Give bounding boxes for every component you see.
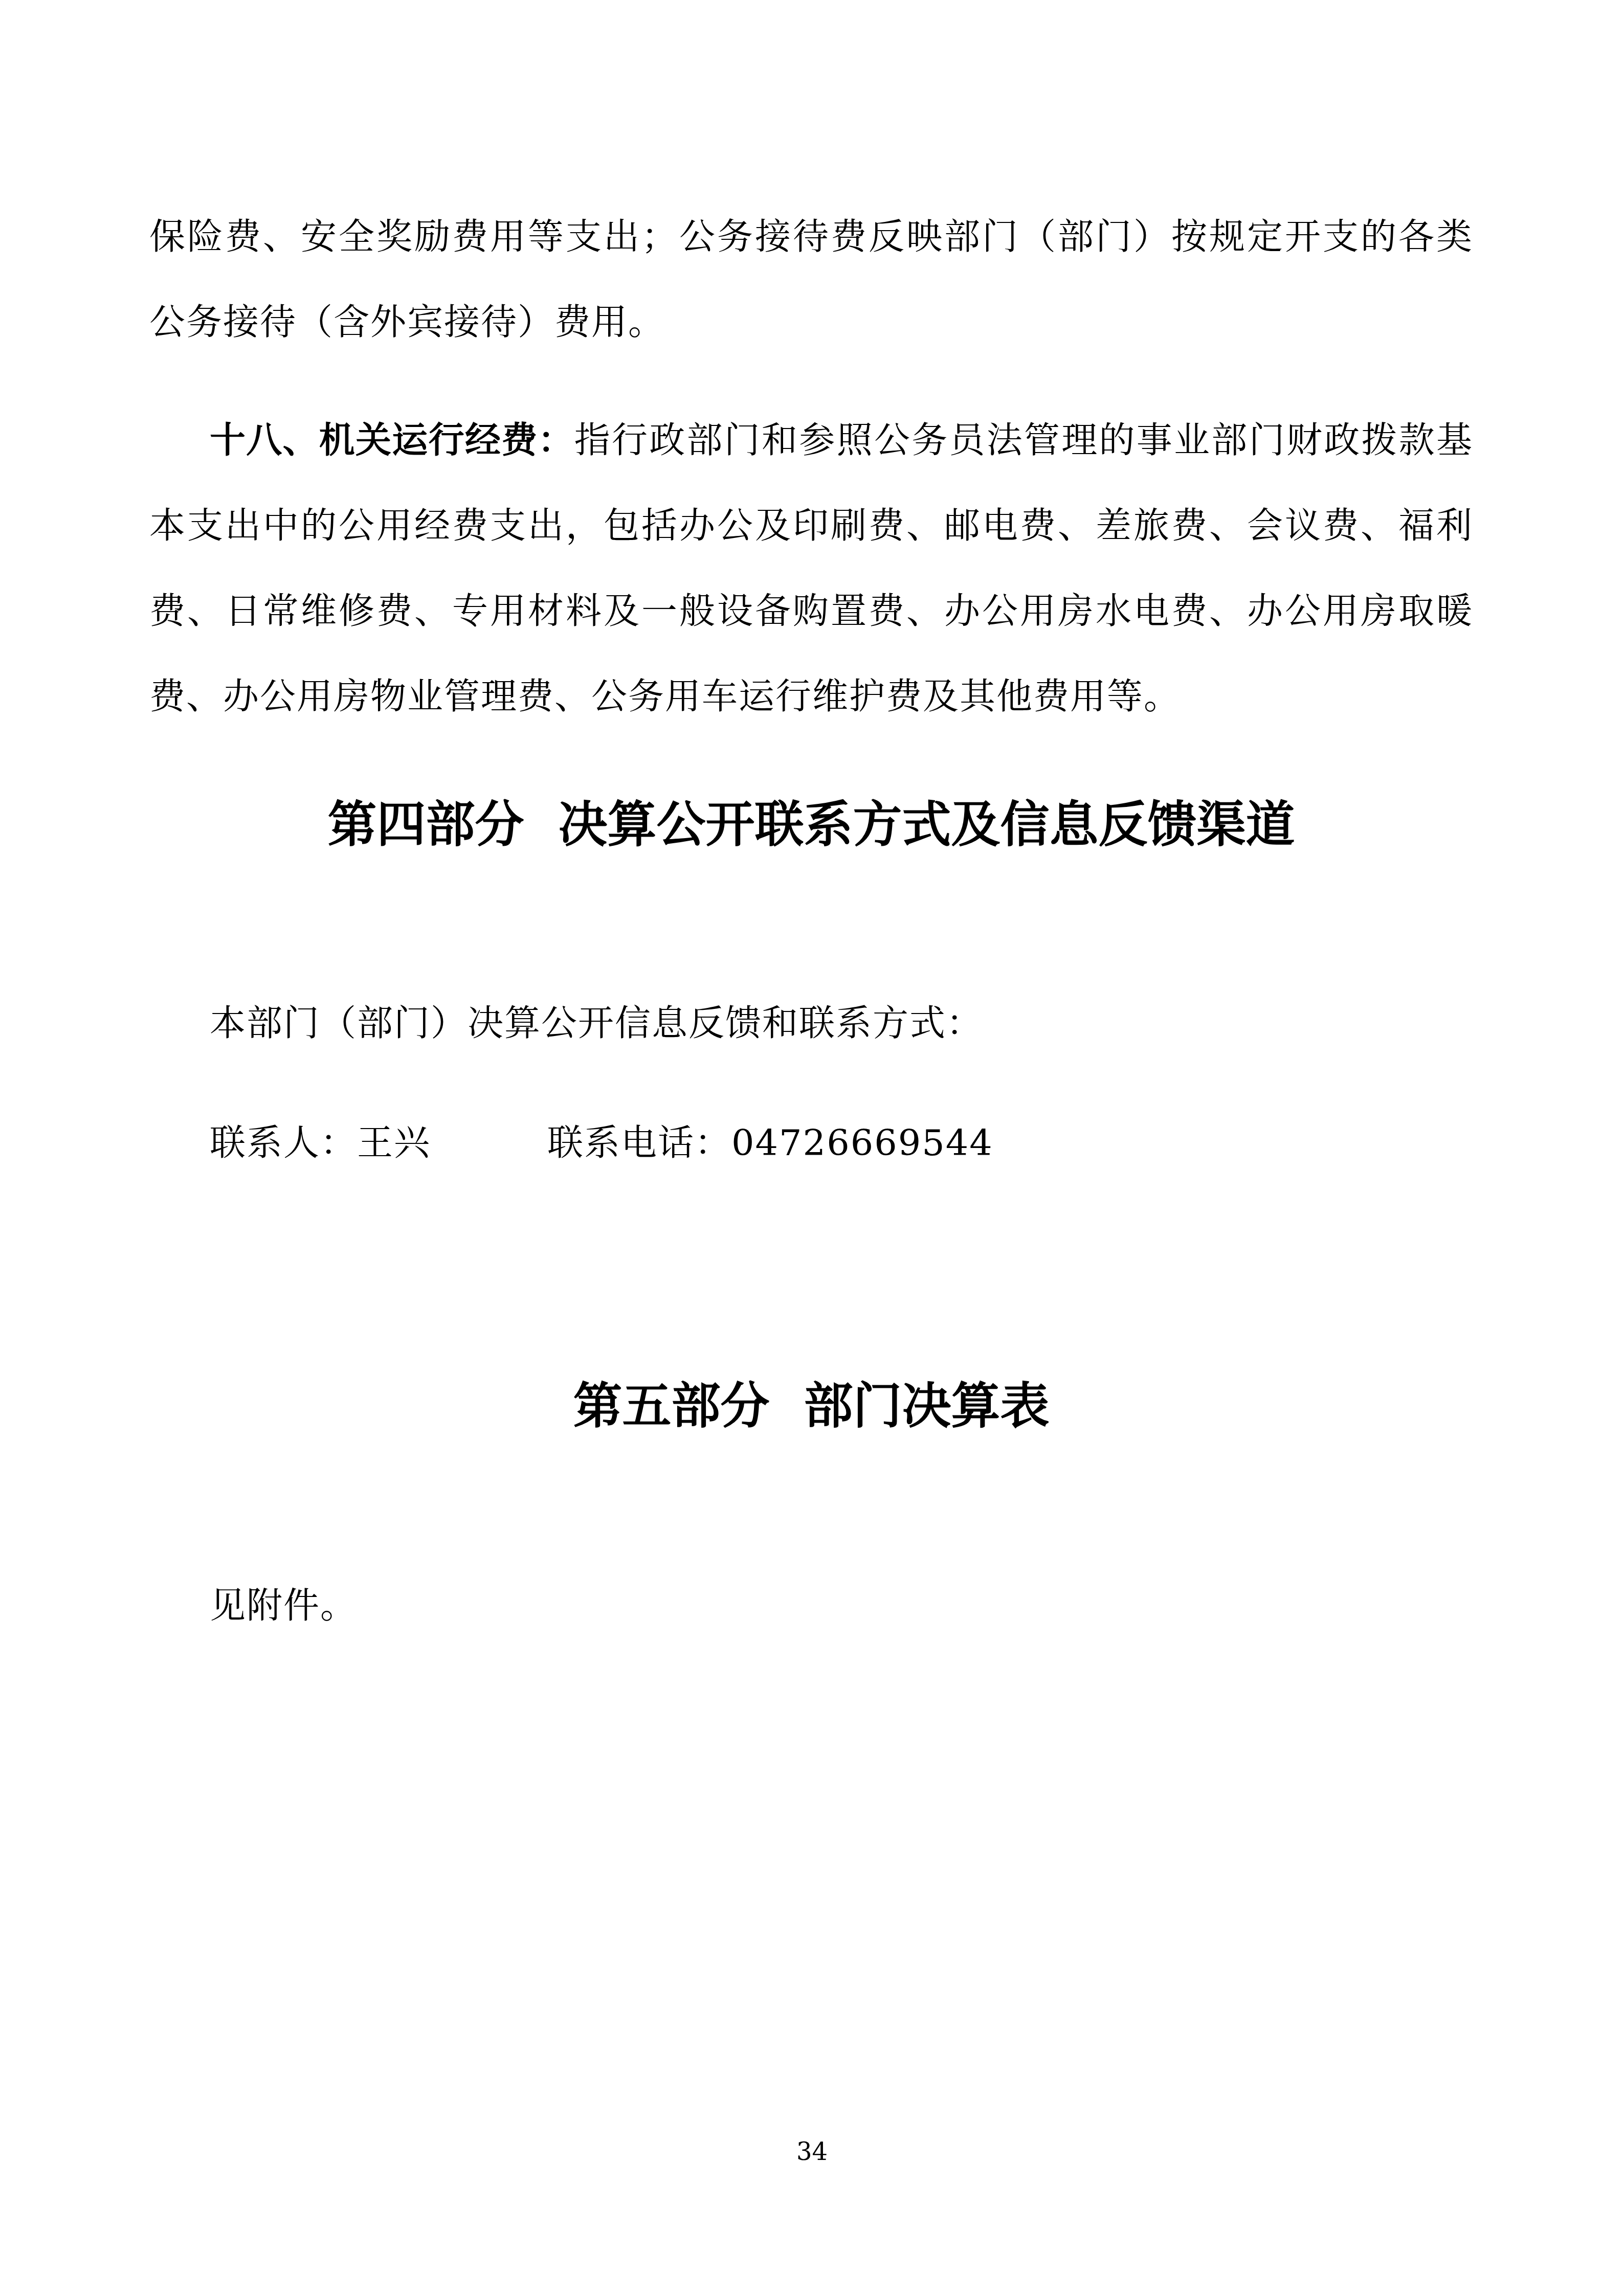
part4-heading: 第四部分 决算公开联系方式及信息反馈渠道 [149,795,1473,854]
document-page: 保险费、安全奖励费用等支出；公务接待费反映部门（部门）按规定开支的各类公务接待（… [0,0,1624,2296]
feedback-intro: 本部门（部门）决算公开信息反馈和联系方式： [149,981,1473,1066]
contact-person-label: 联系人： [210,1122,357,1164]
part5-heading: 第五部分 部门决算表 [149,1376,1473,1435]
page-content: 保险费、安全奖励费用等支出；公务接待费反映部门（部门）按规定开支的各类公务接待（… [149,194,1473,1649]
page-number: 34 [796,2137,828,2166]
page-footer: 34 [0,2137,1624,2166]
contact-phone-number: 04726669544 [731,1122,993,1164]
contact-gap-spacer [431,1155,547,1155]
paragraph-section18: 十八、机关运行经费：指行政部门和参照公务员法管理的事业部门财政拨款基本支出中的公… [149,398,1473,739]
contact-line: 联系人：王兴联系电话：04726669544 [149,1100,1473,1186]
attachment-note: 见附件。 [149,1563,1473,1649]
contact-phone-label: 联系电话： [547,1122,731,1164]
section18-body: 指行政部门和参照公务员法管理的事业部门财政拨款基本支出中的公用经费支出，包括办公… [149,419,1473,717]
section18-lead: 十八、机关运行经费： [210,419,574,461]
paragraph-continuation: 保险费、安全奖励费用等支出；公务接待费反映部门（部门）按规定开支的各类公务接待（… [149,194,1473,365]
contact-person-name: 王兴 [357,1122,431,1164]
